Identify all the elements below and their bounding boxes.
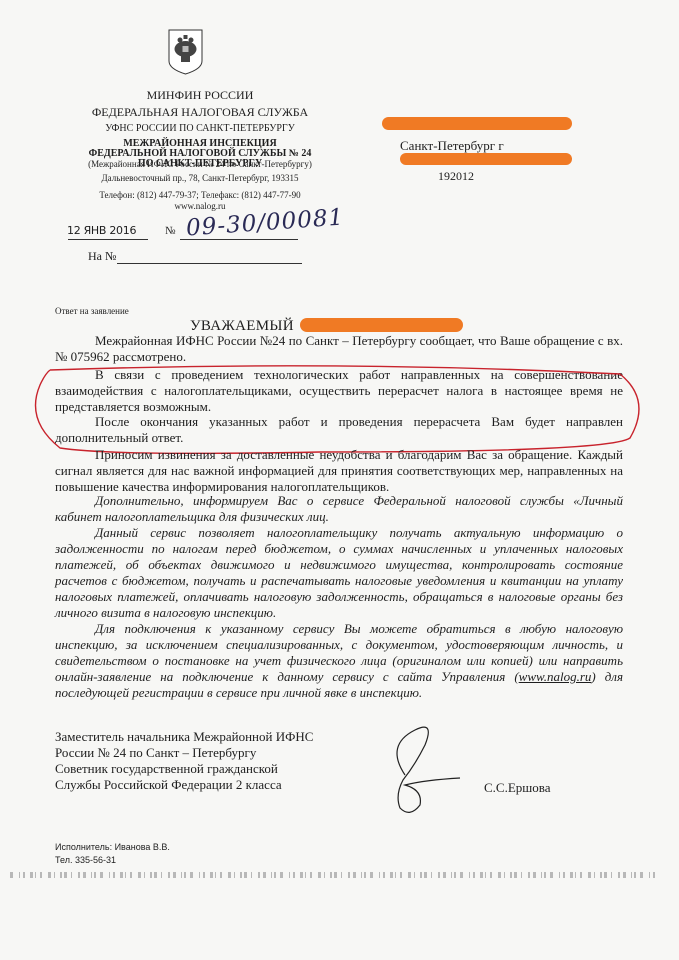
signatory-position: Заместитель начальника Межрайонной ИФНС … [55,729,313,793]
executor-info: Исполнитель: Иванова В.В. Тел. 335-56-31 [55,841,170,867]
inspection-short-name: (Межрайонная ИФНС России № 24 по Санкт-П… [55,159,345,169]
nalog-link[interactable]: www.nalog.ru [519,669,592,684]
inspection-address: Дальневосточный пр., 78, Санкт-Петербург… [55,173,345,183]
signatory-name: С.С.Ершова [484,780,551,796]
redaction-mark [400,153,572,165]
russian-coat-of-arms-icon [168,29,203,76]
paragraph: Для подключения к указанному сервису Вы … [55,621,623,701]
paragraph: Приносим извинения за доставленные неудо… [55,447,623,495]
letter-page: МИНФИН РОССИИ ФЕДЕРАЛЬНАЯ НАЛОГОВАЯ СЛУЖ… [0,0,679,960]
reference-underline [117,263,302,264]
ministry-name: МИНФИН РОССИИ [55,88,345,103]
reference-label: На № [88,249,116,264]
number-label: № [165,225,176,237]
paragraph: Данный сервис позволяет налогоплательщик… [55,525,623,621]
paragraph: Дополнительно, информируем Вас о сервисе… [55,493,623,525]
department-name: УФНС РОССИИ ПО САНКТ-ПЕТЕРБУРГУ [55,123,345,134]
subject-line: Ответ на заявление [55,306,129,316]
redaction-mark [382,117,572,130]
redaction-mark [300,318,463,332]
service-name: ФЕДЕРАЛЬНАЯ НАЛОГОВАЯ СЛУЖБА [55,105,345,120]
date-underline [68,239,148,240]
recipient-city: Санкт-Петербург г [400,138,504,154]
registration-date: 12 ЯНВ 2016 [67,224,136,237]
handwritten-signature [375,720,465,820]
recipient-postal-code: 192012 [438,169,474,184]
scan-barcode-strip [10,871,665,879]
